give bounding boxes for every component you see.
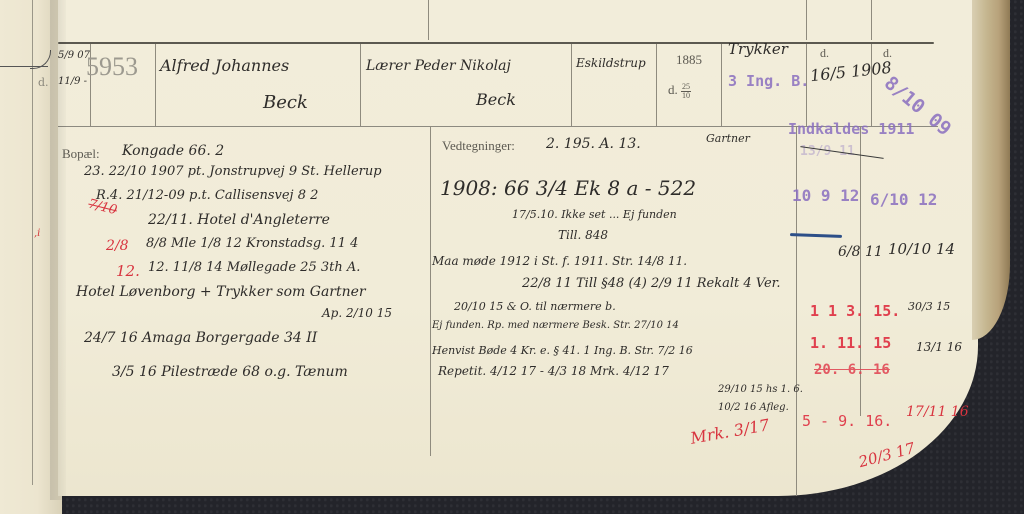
left-page-rule-horizontal bbox=[0, 66, 48, 67]
right-entry: 30/3 15 bbox=[908, 300, 950, 313]
col-line bbox=[806, 0, 807, 40]
residence-line: 22/11. Hotel d'Angleterre bbox=[148, 212, 330, 228]
red-stamp-4: 5 - 9. 16. bbox=[802, 412, 892, 430]
residence-line: Hotel Løvenborg + Trykker som Gartner bbox=[76, 284, 366, 300]
red-handwriting: Mrk. 3/17 bbox=[689, 415, 771, 448]
notes-line: 10/2 16 Afleg. bbox=[718, 402, 789, 413]
notes-line: Ej funden. Rp. med nærmere Besk. Str. 27… bbox=[432, 320, 679, 331]
residence-line: 3/5 16 Pilestræde 68 o.g. Tænum bbox=[112, 364, 348, 380]
notes-line: Maa møde 1912 i St. f. 1911. Str. 14/8 1… bbox=[432, 254, 687, 268]
stamp-indkaldes: Indkaldes 1911 bbox=[788, 120, 914, 138]
notes-line: 22/8 11 Till §48 (4) 2/9 11 Rekalt 4 Ver… bbox=[522, 276, 781, 291]
notes-line: Henvist Bøde 4 Kr. e. § 41. 1 Ing. B. St… bbox=[432, 344, 693, 357]
right-entry: 13/1 16 bbox=[916, 340, 962, 354]
name-last: Beck bbox=[263, 92, 308, 113]
residence-red-mark: 12. bbox=[116, 262, 140, 280]
residence-line: 24/7 16 Amaga Borgergade 34 II bbox=[84, 330, 317, 346]
notes-line: Repetit. 4/12 17 - 4/3 18 Mrk. 4/12 17 bbox=[438, 364, 669, 378]
residence-red-mark: 2/8 bbox=[106, 238, 129, 254]
right-entry: 6/8 11 bbox=[838, 244, 883, 260]
residence-line: 12. 11/8 14 Møllegade 25 3th A. bbox=[148, 260, 360, 275]
notes-line: 1908: 66 3/4 Ek 8 a - 522 bbox=[440, 176, 696, 200]
notes-label: Vedtegninger: bbox=[442, 138, 515, 154]
residence-line: Ap. 2/10 15 bbox=[322, 306, 392, 320]
red-stamp-struck: 20. 6. 16 bbox=[814, 362, 890, 378]
row-top-rule bbox=[58, 42, 934, 44]
right-entry: 10/10 14 bbox=[888, 240, 955, 258]
left-page-red-mark: ,i bbox=[34, 228, 40, 239]
blue-pencil-mark bbox=[790, 233, 842, 238]
occupation: Trykker bbox=[728, 40, 788, 58]
father-first: Lærer Peder Nikolaj bbox=[366, 58, 511, 74]
birth-day: d. 2510 bbox=[668, 82, 691, 99]
red-stamp-1: 1 1 3. 15. bbox=[810, 302, 900, 320]
left-page-d-mark: d. bbox=[38, 76, 49, 89]
col-line bbox=[428, 0, 429, 40]
col-line bbox=[796, 126, 797, 496]
col-line bbox=[155, 44, 156, 126]
notes-line: Till. 848 bbox=[558, 228, 608, 242]
entry-number: 5953 bbox=[86, 52, 138, 82]
father-last: Beck bbox=[476, 90, 516, 109]
book-gutter bbox=[50, 0, 66, 500]
page-edge bbox=[972, 0, 1010, 340]
notes-line: Gartner bbox=[706, 132, 750, 145]
stamp-date-1: 10 9 12 bbox=[792, 186, 859, 205]
col-line bbox=[430, 126, 431, 456]
red-handwriting: 17/11 16 bbox=[906, 404, 969, 420]
name-first: Alfred Johannes bbox=[160, 56, 289, 75]
stamp-date-2: 6/10 12 bbox=[870, 190, 937, 209]
col-d1: d. bbox=[820, 46, 829, 61]
residence-label: Bopæl: bbox=[62, 146, 100, 162]
birthplace: Eskildstrup bbox=[576, 56, 646, 70]
col-line bbox=[871, 0, 872, 40]
residence-line: 23. 22/10 1907 pt. Jonstrupvej 9 St. Hel… bbox=[84, 164, 382, 179]
col-line bbox=[721, 44, 722, 126]
residence-line: 8/8 Mle 1/8 12 Kronstadsg. 11 4 bbox=[146, 236, 358, 251]
notes-line: 20/10 15 & O. til nærmere b. bbox=[454, 300, 616, 313]
col-line bbox=[571, 44, 572, 126]
register-page: 5/9 07 11/9 - 5953 Alfred Johannes Beck … bbox=[58, 0, 978, 496]
red-stamp-2: 1. 11. 15 bbox=[810, 334, 891, 352]
notes-line: 29/10 15 hs 1. 6. bbox=[718, 384, 803, 395]
stamp-unit: 3 Ing. B. bbox=[728, 72, 809, 90]
residence-line: Kongade 66. 2 bbox=[122, 143, 224, 159]
col-line bbox=[871, 44, 872, 126]
enlist-date: 16/5 1908 bbox=[809, 58, 892, 85]
col-line bbox=[656, 44, 657, 126]
notes-line: 2. 195. A. 13. bbox=[546, 136, 641, 152]
residence-line: R.4. 21/12-09 p.t. Callisensvej 8 2 bbox=[96, 188, 318, 203]
col-line bbox=[360, 44, 361, 126]
birth-year: 1885 bbox=[676, 52, 702, 68]
notes-line: 17/5.10. Ikke set ... Ej funden bbox=[512, 208, 677, 221]
left-page-rule bbox=[32, 0, 33, 485]
